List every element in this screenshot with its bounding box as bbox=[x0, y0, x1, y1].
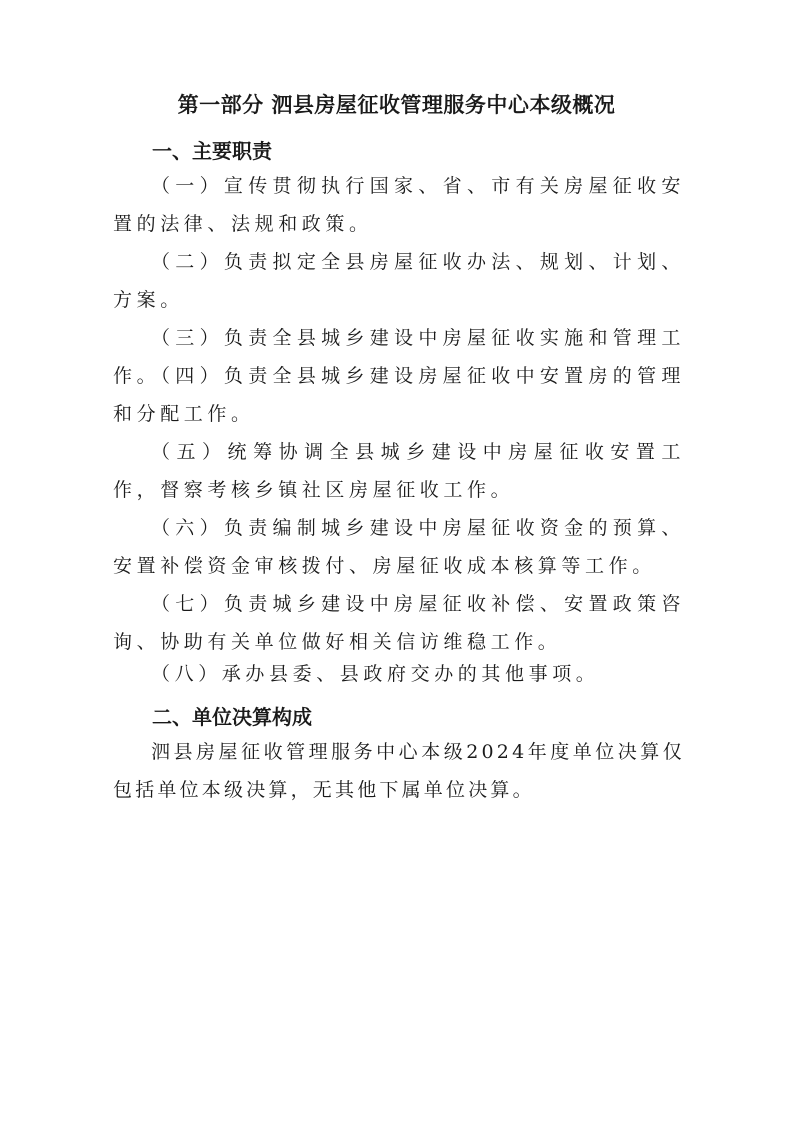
composition-paragraph: 泗县房屋征收管理服务中心本级2024年度单位决算仅包括单位本级决算，无其他下属单… bbox=[113, 733, 685, 809]
duty-paragraph-5: （五）统筹协调全县城乡建设中房屋征收安置工作，督察考核乡镇社区房屋征收工作。 bbox=[113, 433, 685, 509]
duty-paragraph-8: （八）承办县委、县政府交办的其他事项。 bbox=[113, 655, 685, 693]
duty-paragraph-1: （一）宣传贯彻执行国家、省、市有关房屋征收安置的法律、法规和政策。 bbox=[113, 167, 685, 243]
section-heading-composition: 二、单位决算构成 bbox=[152, 704, 312, 730]
document-page: 第一部分 泗县房屋征收管理服务中心本级概况 一、主要职责 （一）宣传贯彻执行国家… bbox=[0, 0, 793, 1122]
duty-paragraph-6: （六）负责编制城乡建设中房屋征收资金的预算、安置补偿资金审核拨付、房屋征收成本核… bbox=[113, 509, 685, 585]
duty-paragraph-7: （七）负责城乡建设中房屋征收补偿、安置政策咨询、协助有关单位做好相关信访维稳工作… bbox=[113, 585, 685, 661]
section-heading-duties: 一、主要职责 bbox=[152, 138, 272, 164]
duty-paragraph-2: （二）负责拟定全县房屋征收办法、规划、计划、方案。 bbox=[113, 243, 685, 319]
page-title: 第一部分 泗县房屋征收管理服务中心本级概况 bbox=[0, 92, 793, 118]
duty-paragraph-4: （四）负责全县城乡建设房屋征收中安置房的管理和分配工作。 bbox=[113, 357, 685, 433]
